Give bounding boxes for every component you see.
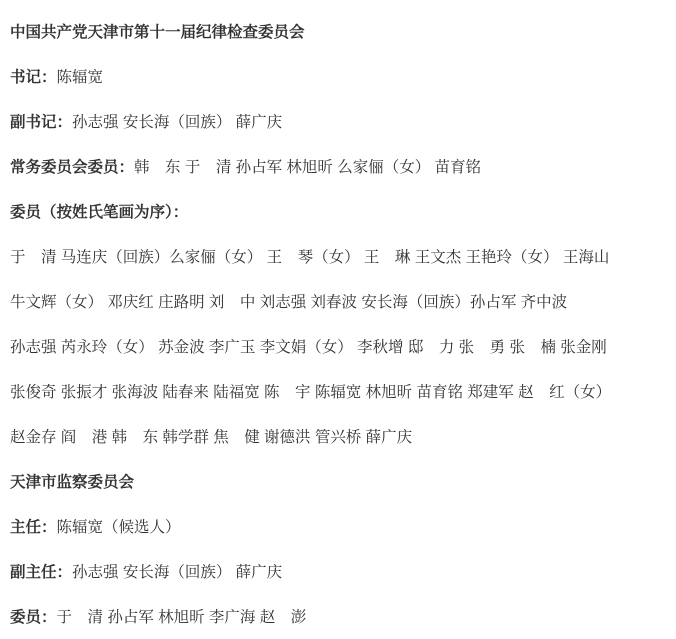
deputy-director-row: 副主任：孙志强 安长海（回族） 薛广庆 [10,550,668,595]
deputy-director-label: 副主任： [10,564,72,581]
committee-members-label: 委员： [10,609,57,626]
deputy-secretary-row: 副书记：孙志强 安长海（回族） 薛广庆 [10,100,668,145]
member-list-row-1: 于 清 马连庆（回族）么家俪（女） 王 琴（女） 王 琳 王文杰 王艳玲（女） … [10,235,668,280]
member-list-row-5: 赵金存 阎 港 韩 东 韩学群 焦 健 谢德洪 管兴桥 薛广庆 [10,415,668,460]
committee-members-row: 委员：于 清 孙占军 林旭昕 李广海 赵 澎 [10,595,668,639]
committee-members-names: 于 清 孙占军 林旭昕 李广海 赵 澎 [57,609,307,626]
deputy-secretary-names: 孙志强 安长海（回族） 薛广庆 [72,114,282,131]
members-header-row: 委员（按姓氏笔画为序）： [10,190,668,235]
members-header-label: 委员（按姓氏笔画为序）： [10,204,188,221]
committee-announcement-document: 中国共产党天津市第十一届纪律检查委员会 书记：陈辐宽 副书记：孙志强 安长海（回… [0,0,676,639]
standing-committee-names: 韩 东 于 清 孙占军 林旭昕 么家俪（女） 苗育铭 [134,159,481,176]
standing-committee-label: 常务委员会委员： [10,159,134,176]
director-names: 陈辐宽（候选人） [57,519,181,536]
director-row: 主任：陈辐宽（候选人） [10,505,668,550]
deputy-secretary-label: 副书记： [10,114,72,131]
director-label: 主任： [10,519,57,536]
member-list-row-3: 孙志强 芮永玲（女） 苏金波 李广玉 李文娟（女） 李秋增 邸 力 张 勇 张 … [10,325,668,370]
secretary-label: 书记： [10,69,57,86]
deputy-director-names: 孙志强 安长海（回族） 薛广庆 [72,564,282,581]
standing-committee-row: 常务委员会委员：韩 东 于 清 孙占军 林旭昕 么家俪（女） 苗育铭 [10,145,668,190]
discipline-commission-heading: 中国共产党天津市第十一届纪律检查委员会 [10,10,668,55]
secretary-row: 书记：陈辐宽 [10,55,668,100]
member-list-row-2: 牛文辉（女） 邓庆红 庄路明 刘 中 刘志强 刘春波 安长海（回族）孙占军 齐中… [10,280,668,325]
member-list-row-4: 张俊奇 张振才 张海波 陆春来 陆福宽 陈 宇 陈辐宽 林旭昕 苗育铭 郑建军 … [10,370,668,415]
secretary-names: 陈辐宽 [57,69,104,86]
supervisory-committee-heading: 天津市监察委员会 [10,460,668,505]
